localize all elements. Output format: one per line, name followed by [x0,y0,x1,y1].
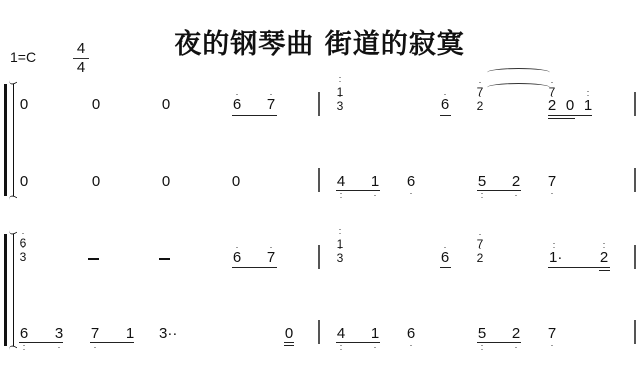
time-denominator: 4 [73,60,89,76]
octave-dot: · [17,230,29,236]
note: ·7 [265,250,277,266]
octave-dot: : [582,90,594,96]
beam-line [440,267,451,268]
octave-dot: · [546,79,558,85]
barline [634,320,636,344]
octave-dot: · [231,91,243,97]
beam-line [336,190,380,191]
octave-dot: : [335,192,347,198]
octave-dot: : [598,242,610,248]
octave-dot: · [265,91,277,97]
system1-brace [4,84,14,196]
beam-line [232,267,277,268]
beam-line [548,267,610,268]
octave-dot: · [474,79,486,85]
note: :2 [598,250,610,266]
barline [634,168,636,192]
beam-line [232,115,277,116]
note: 6· [405,326,417,342]
note: 0 [160,174,172,190]
barline [318,320,320,344]
key-signature: 1=C [10,49,36,65]
octave-dot: · [405,190,417,196]
note: 0 [18,174,30,190]
octave-dot: · [510,192,522,198]
note-digit: 3 [20,250,27,264]
octave-dot: · [334,245,346,251]
score-title: 夜的钢琴曲 街道的寂寞 [0,22,639,61]
barline [318,168,320,192]
barline [634,92,636,116]
note-digit: 1 [371,173,379,190]
octave-dot: : [334,76,346,82]
note-digit: 5 [478,173,486,190]
barline [634,245,636,269]
octave-dot: · [439,91,451,97]
note: 7· [546,174,558,190]
beam-line [90,342,134,343]
beam-line [548,115,592,116]
note: ·2 [546,98,558,114]
note-digit: 2 [512,173,520,190]
beam-line [284,342,294,343]
note-digit: 6 [20,325,28,342]
beam-line-double [548,118,575,119]
note: ·6 [439,97,451,113]
note: 0 [283,326,295,342]
octave-dot: : [335,344,347,350]
note: 0 [90,97,102,113]
note: ·7 [265,97,277,113]
extension-dash [159,258,170,260]
note: ·3 [334,98,346,114]
note: 2· [510,326,522,342]
note: 0 [18,97,30,113]
beam-line [477,190,521,191]
octave-dot: · [231,244,243,250]
note: 3·· [159,326,183,342]
octave-dot: · [17,244,29,250]
note: ·3 [17,249,29,265]
note-digit: 7 [91,325,99,342]
note: ·6 [439,250,451,266]
beam-line [477,342,521,343]
note-digit: 4 [337,325,345,342]
note: :1 [582,98,594,114]
note-digit: 2 [512,325,520,342]
octave-dot: · [369,344,381,350]
octave-dot: : [549,242,559,248]
octave-dot: · [405,342,417,348]
note: 5: [476,174,488,190]
note: ·2 [474,250,486,266]
note: 4: [335,174,347,190]
octave-dot: : [476,344,488,350]
octave-dot: : [476,192,488,198]
note: 7· [546,326,558,342]
note-digit: 3 [55,325,63,342]
octave-dot: · [334,93,346,99]
tie-arc [487,83,550,92]
note: 0 [564,98,576,114]
time-numerator: 4 [73,41,89,57]
note: 7· [89,326,101,342]
note-digit: 1· [549,249,562,266]
note: 6: [18,326,30,342]
note-digit: 2 [600,249,608,266]
tie-arc [487,68,550,77]
note-digit: 4 [337,173,345,190]
octave-dot: : [334,228,346,234]
beam-line-double [284,345,294,346]
note: ·6 [231,97,243,113]
octave-dot: · [53,344,65,350]
octave-dot: · [546,93,558,99]
note: 2· [510,174,522,190]
beam-line [19,342,63,343]
octave-dot: · [474,231,486,237]
octave-dot: · [474,245,486,251]
note-digit: 2 [477,251,484,265]
note-digit: 5 [478,325,486,342]
note-digit: 3 [337,99,344,113]
octave-dot: · [510,344,522,350]
note: 1· [369,326,381,342]
note: ·3 [334,250,346,266]
beam-line-double [599,270,610,271]
note: ·2 [474,98,486,114]
note: 6· [405,174,417,190]
octave-dot: : [18,344,30,350]
note: 0 [230,174,242,190]
note: 4: [335,326,347,342]
octave-dot: · [546,342,558,348]
note-digit: 1 [371,325,379,342]
octave-dot: · [546,190,558,196]
beam-line [440,115,451,116]
barline [318,92,320,116]
note-digit: 3 [337,251,344,265]
time-signature: 4 4 [73,41,89,76]
note: 3· [53,326,65,342]
system2-brace [4,234,14,346]
note: 1· [369,174,381,190]
octave-dot: · [474,93,486,99]
note: :1· [549,250,569,266]
note: 0 [160,97,172,113]
barline [318,245,320,269]
octave-dot: · [265,244,277,250]
octave-dot: · [89,344,101,350]
note: 1 [124,326,136,342]
note: 0 [90,174,102,190]
octave-dot: · [439,244,451,250]
extension-dash [88,258,99,260]
note: 5: [476,326,488,342]
octave-dot: · [369,192,381,198]
note-digit: 2 [477,99,484,113]
note-digit: 1 [584,97,592,114]
beam-line [336,342,380,343]
note: ·6 [231,250,243,266]
